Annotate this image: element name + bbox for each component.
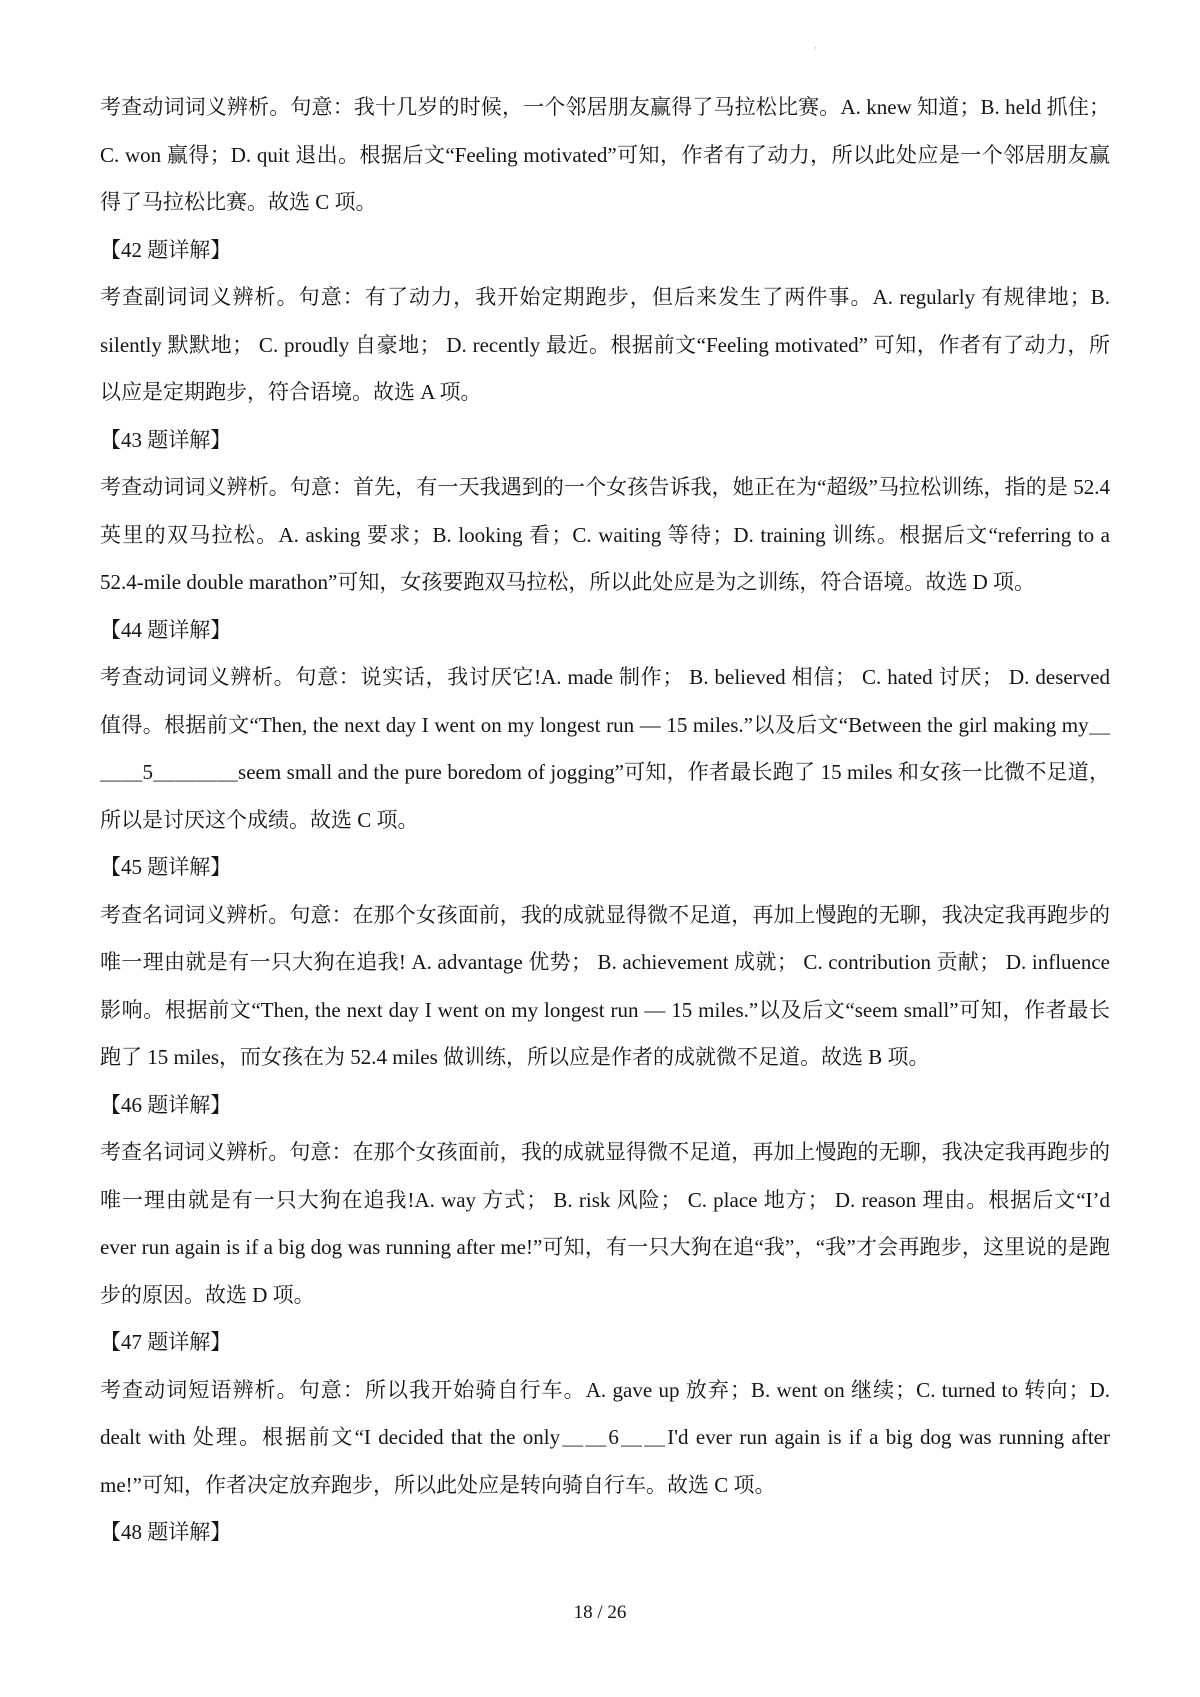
section-header-42: 【42 题详解】 <box>100 227 1110 275</box>
document-page: · 考查动词词义辨析。句意：我十几岁的时候，一个邻居朋友赢得了马拉松比赛。A. … <box>0 0 1200 1697</box>
explanation-paragraph-44: 考查动词词义辨析。句意：说实话，我讨厌它!A. made 制作； B. beli… <box>100 654 1110 844</box>
document-body: 考查动词词义辨析。句意：我十几岁的时候，一个邻居朋友赢得了马拉松比赛。A. kn… <box>100 84 1110 1557</box>
section-header-43: 【43 题详解】 <box>100 417 1110 465</box>
explanation-paragraph-42: 考查副词词义辨析。句意：有了动力，我开始定期跑步，但后来发生了两件事。A. re… <box>100 274 1110 417</box>
section-header-46: 【46 题详解】 <box>100 1082 1110 1130</box>
stray-mark: · <box>814 44 817 53</box>
explanation-paragraph-46: 考查名词词义辨析。句意：在那个女孩面前，我的成就显得微不足道，再加上慢跑的无聊，… <box>100 1129 1110 1319</box>
section-header-44: 【44 题详解】 <box>100 607 1110 655</box>
section-header-47: 【47 题详解】 <box>100 1319 1110 1367</box>
page-number: 18 / 26 <box>0 1601 1200 1625</box>
section-header-45: 【45 题详解】 <box>100 844 1110 892</box>
explanation-paragraph-43: 考查动词词义辨析。句意：首先，有一天我遇到的一个女孩告诉我，她正在为“超级”马拉… <box>100 464 1110 607</box>
explanation-paragraph-45: 考查名词词义辨析。句意：在那个女孩面前，我的成就显得微不足道，再加上慢跑的无聊，… <box>100 892 1110 1082</box>
section-header-48: 【48 题详解】 <box>100 1509 1110 1557</box>
explanation-paragraph-41: 考查动词词义辨析。句意：我十几岁的时候，一个邻居朋友赢得了马拉松比赛。A. kn… <box>100 84 1110 227</box>
explanation-paragraph-47: 考查动词短语辨析。句意：所以我开始骑自行车。A. gave up 放弃；B. w… <box>100 1367 1110 1510</box>
